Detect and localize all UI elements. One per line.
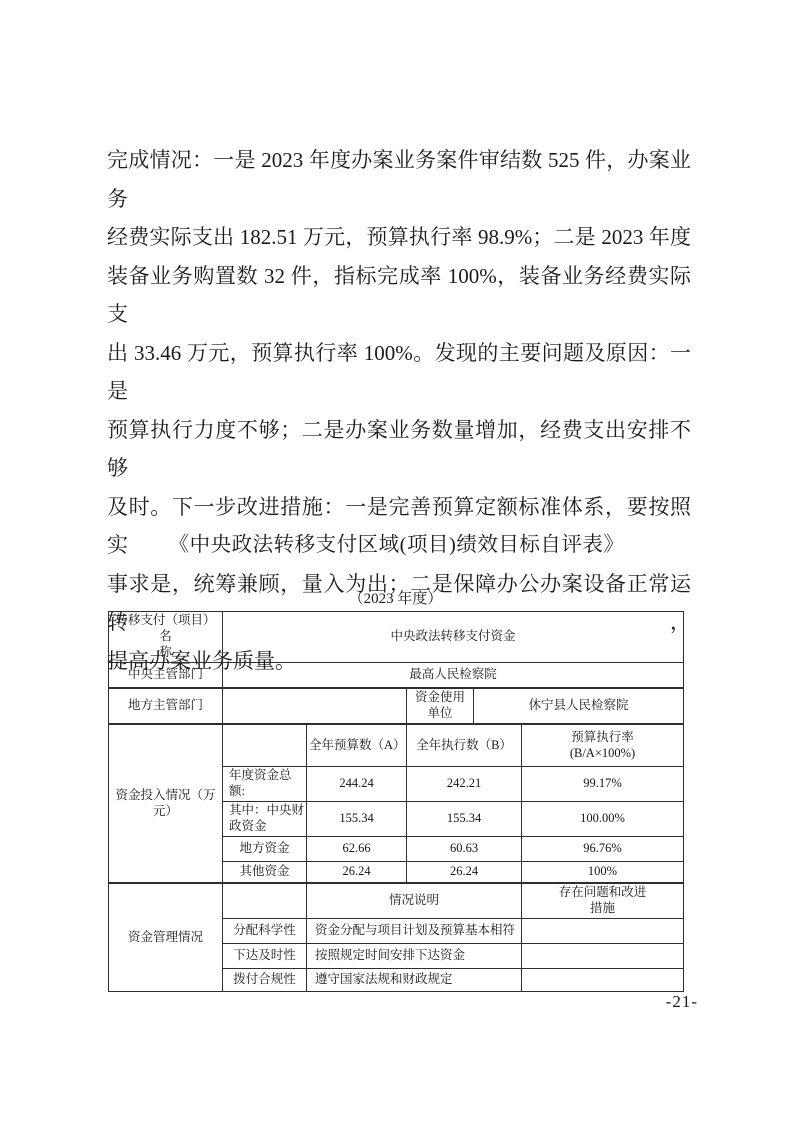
cell-header-rate: 预算执行率 (B/A×100%) xyxy=(522,724,684,767)
cell-header-issues: 存在问题和改进 措施 xyxy=(522,883,684,918)
cell-central-dept-value: 最高人民检察院 xyxy=(223,662,684,688)
cell-transfer-name-value: 中央政法转移支付资金 xyxy=(223,612,684,663)
cell-invest-row-label: 地方资金 xyxy=(223,836,307,861)
cell-header-execution: 全年执行数（B） xyxy=(407,724,522,767)
cell-mgmt-row-label: 下达及时性 xyxy=(223,944,307,969)
cell-invest-row-rate: 100% xyxy=(522,861,684,883)
body-text-line: 经费实际支出 182.51 万元，预算执行率 98.9%；二是 2023 年度 xyxy=(107,218,691,257)
cell-invest-row-budget: 155.34 xyxy=(307,802,407,837)
cell-fund-user-value: 休宁县人民检察院 xyxy=(474,688,684,724)
cell-invest-row-label: 年度资金总 额: xyxy=(223,767,307,802)
cell-central-dept-label: 中央主管部门 xyxy=(109,662,223,688)
cell-fund-user-label: 资金使用 单位 xyxy=(407,688,474,724)
cell-invest-row-execution: 242.21 xyxy=(407,767,522,802)
cell-header-situation: 情况说明 xyxy=(307,883,522,918)
cell-mgmt-row-blank xyxy=(522,919,684,944)
cell-investment-blank xyxy=(223,724,307,767)
cell-invest-row-budget: 244.24 xyxy=(307,767,407,802)
cell-invest-row-label: 其中：中央财 政资金 xyxy=(223,802,307,837)
cell-management-section-label: 资金管理情况 xyxy=(109,883,223,991)
cell-mgmt-row-label: 拨付合规性 xyxy=(223,969,307,992)
body-text-line: 出 33.46 万元，预算执行率 100%。发现的主要问题及原因：一是 xyxy=(107,334,691,411)
cell-mgmt-row-blank xyxy=(522,944,684,969)
cell-management-blank xyxy=(223,883,307,918)
cell-invest-row-budget: 62.66 xyxy=(307,836,407,861)
body-text-line: 完成情况：一是 2023 年度办案业务案件审结数 525 件，办案业务 xyxy=(107,141,691,218)
cell-invest-row-budget: 26.24 xyxy=(307,861,407,883)
cell-mgmt-row-desc: 遵守国家法规和财政规定 xyxy=(307,969,522,992)
cell-invest-row-execution: 60.63 xyxy=(407,836,522,861)
body-text-line: 预算执行力度不够；二是办案业务数量增加，经费支出安排不够 xyxy=(107,411,691,488)
cell-investment-section-label: 资金投入情况（万 元） xyxy=(109,724,223,884)
cell-mgmt-row-desc: 资金分配与项目计划及预算基本相符 xyxy=(307,919,522,944)
cell-mgmt-row-label: 分配科学性 xyxy=(223,919,307,944)
cell-transfer-name-label: 转移支付（项目）名 称 xyxy=(109,612,223,663)
cell-invest-row-execution: 155.34 xyxy=(407,802,522,837)
cell-mgmt-row-desc: 按照规定时间安排下达资金 xyxy=(307,944,522,969)
cell-invest-row-label: 其他资金 xyxy=(223,861,307,883)
self-evaluation-table: 转移支付（项目）名 称 中央政法转移支付资金 中央主管部门 最高人民检察院 地方… xyxy=(108,611,684,992)
cell-header-budget: 全年预算数（A） xyxy=(307,724,407,767)
page-number: -21- xyxy=(666,992,698,1012)
cell-invest-row-rate: 96.76% xyxy=(522,836,684,861)
cell-local-dept-label: 地方主管部门 xyxy=(109,688,223,724)
cell-invest-row-rate: 100.00% xyxy=(522,802,684,837)
cell-invest-row-execution: 26.24 xyxy=(407,861,522,883)
cell-invest-row-rate: 99.17% xyxy=(522,767,684,802)
cell-local-dept-value xyxy=(223,688,407,724)
document-page: 完成情况：一是 2023 年度办案业务案件审结数 525 件，办案业务 经费实际… xyxy=(0,0,793,1122)
body-text-line: 装备业务购置数 32 件，指标完成率 100%，装备业务经费实际支 xyxy=(107,257,691,334)
table-title: 《中央政法转移支付区域(项目)绩效目标自评表》 xyxy=(0,527,793,557)
cell-mgmt-row-blank xyxy=(522,969,684,992)
table-subtitle: （2023 年度） xyxy=(108,587,683,608)
